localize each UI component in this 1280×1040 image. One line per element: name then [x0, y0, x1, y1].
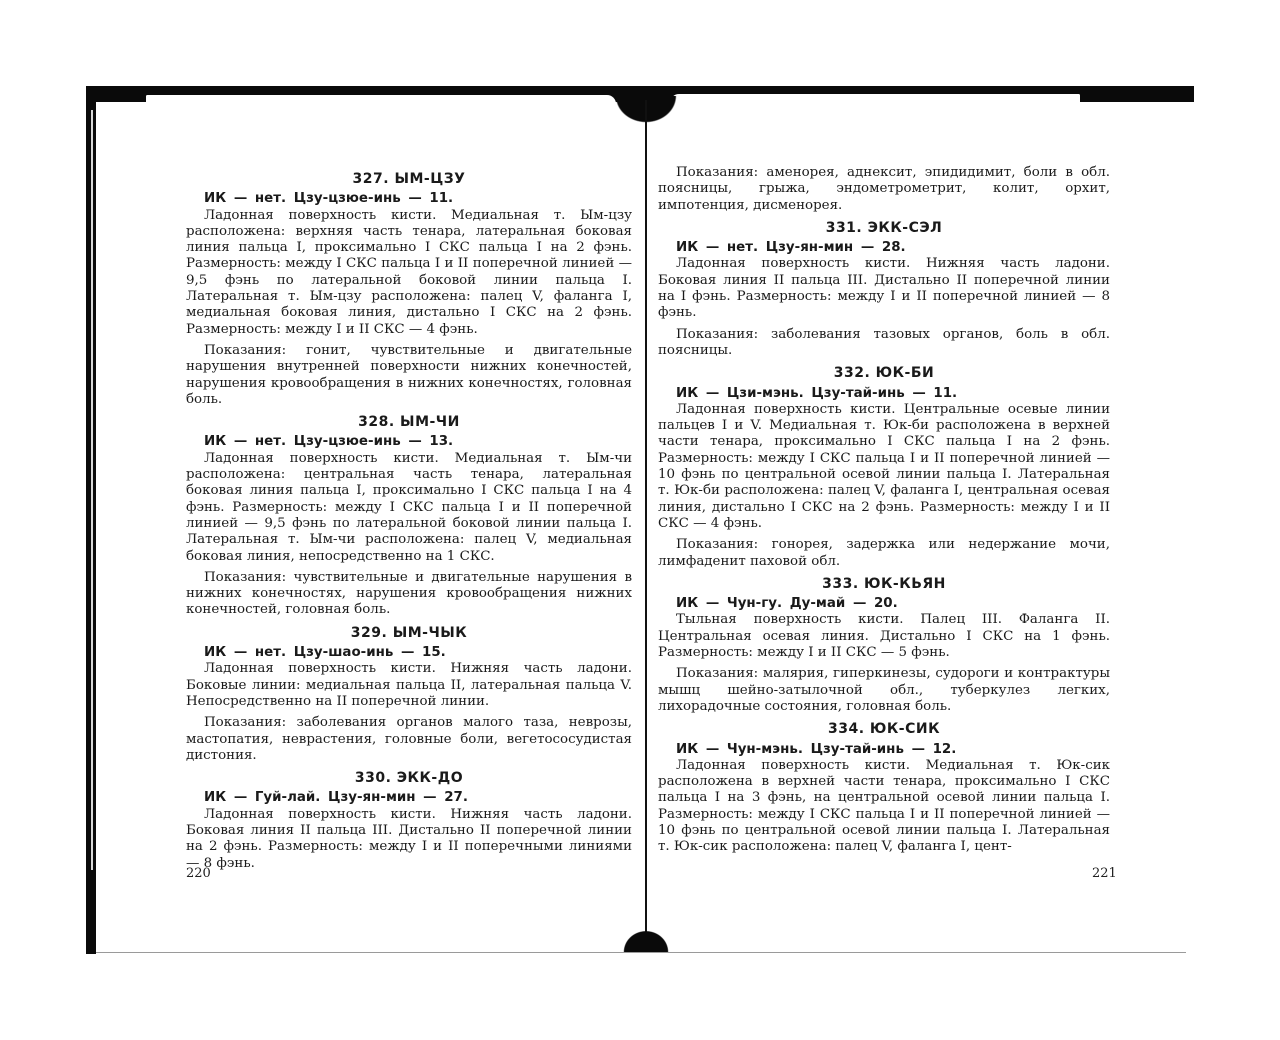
page-top-edge-right	[670, 94, 1080, 103]
section-327: 327. ЫМ-ЦЗУ ИК — нет. Цзу-цзюе-инь — 11.…	[186, 171, 632, 408]
section-334: 334. ЮК-СИК ИК — Чун-мэнь. Цзу-тай-инь —…	[658, 721, 1110, 855]
spine-shadow-bottom	[612, 920, 680, 952]
ik-line: ИК — Цзи-мэнь. Цзу-тай-инь — 11.	[676, 386, 1110, 402]
section-heading: 331. ЭКК-СЭЛ	[658, 220, 1110, 236]
page-number-right: 221	[1092, 866, 1117, 881]
section-328: 328. ЫМ-ЧИ ИК — нет. Цзу-цзюе-инь — 13. …	[186, 414, 632, 619]
page-edge-line	[91, 110, 93, 870]
section-description: Ладонная поверхность кисти. Нижняя часть…	[658, 256, 1110, 321]
section-heading: 328. ЫМ-ЧИ	[186, 414, 632, 430]
section-333: 333. ЮК-КЬЯН ИК — Чун-гу. Ду-май — 20. Т…	[658, 576, 1110, 715]
section-description: Тыльная поверхность кисти. Палец III. Фа…	[658, 612, 1110, 661]
left-page: 327. ЫМ-ЦЗУ ИК — нет. Цзу-цзюе-инь — 11.…	[186, 165, 632, 872]
right-page: Показания: аменорея, аднексит, эпидидими…	[658, 165, 1110, 856]
ik-line: ИК — нет. Цзу-ян-мин — 28.	[676, 240, 1110, 256]
section-indications: Показания: гонорея, задержка или недержа…	[658, 537, 1110, 570]
section-heading: 334. ЮК-СИК	[658, 721, 1110, 737]
section-329: 329. ЫМ-ЧЫК ИК — нет. Цзу-шао-инь — 15. …	[186, 625, 632, 764]
ik-line: ИК — Гуй-лай. Цзу-ян-мин — 27.	[204, 790, 632, 806]
ik-line: ИК — нет. Цзу-цзюе-инь — 13.	[204, 434, 632, 450]
page-number-left: 220	[186, 866, 211, 881]
book-spine	[645, 100, 647, 950]
section-332: 332. ЮК-БИ ИК — Цзи-мэнь. Цзу-тай-инь — …	[658, 365, 1110, 570]
section-description: Ладонная поверхность кисти. Нижняя часть…	[186, 661, 632, 710]
section-indications: Показания: заболевания органов малого та…	[186, 715, 632, 764]
section-heading: 330. ЭКК-ДО	[186, 770, 632, 786]
ik-line: ИК — Чун-гу. Ду-май — 20.	[676, 596, 1110, 612]
section-heading: 327. ЫМ-ЦЗУ	[186, 171, 632, 187]
section-description: Ладонная поверхность кисти. Медиальная т…	[658, 758, 1110, 856]
section-description: Ладонная поверхность кисти. Медиальная т…	[186, 451, 632, 565]
section-description: Ладонная поверхность кисти. Центральные …	[658, 402, 1110, 532]
section-331: 331. ЭКК-СЭЛ ИК — нет. Цзу-ян-мин — 28. …	[658, 220, 1110, 359]
section-indications: Показания: заболевания тазовых органов, …	[658, 327, 1110, 360]
page-bottom-edge	[96, 952, 1186, 953]
page-top-edge-left	[146, 95, 616, 104]
section-description: Ладонная поверхность кисти. Медиальная т…	[186, 208, 632, 338]
ik-line: ИК — Чун-мэнь. Цзу-тай-инь — 12.	[676, 742, 1110, 758]
section-330: 330. ЭКК-ДО ИК — Гуй-лай. Цзу-ян-мин — 2…	[186, 770, 632, 872]
section-heading: 332. ЮК-БИ	[658, 365, 1110, 381]
section-indications: Показания: малярия, гиперкинезы, судорог…	[658, 666, 1110, 715]
section-indications: Показания: чувствительные и двигательные…	[186, 570, 632, 619]
section-indications: Показания: гонит, чувствительные и двига…	[186, 343, 632, 408]
section-heading: 329. ЫМ-ЧЫК	[186, 625, 632, 641]
ik-line: ИК — нет. Цзу-цзюе-инь — 11.	[204, 191, 632, 207]
ik-line: ИК — нет. Цзу-шао-инь — 15.	[204, 645, 632, 661]
continued-indications: Показания: аменорея, аднексит, эпидидими…	[658, 165, 1110, 214]
section-description: Ладонная поверхность кисти. Нижняя часть…	[186, 807, 632, 872]
section-heading: 333. ЮК-КЬЯН	[658, 576, 1110, 592]
